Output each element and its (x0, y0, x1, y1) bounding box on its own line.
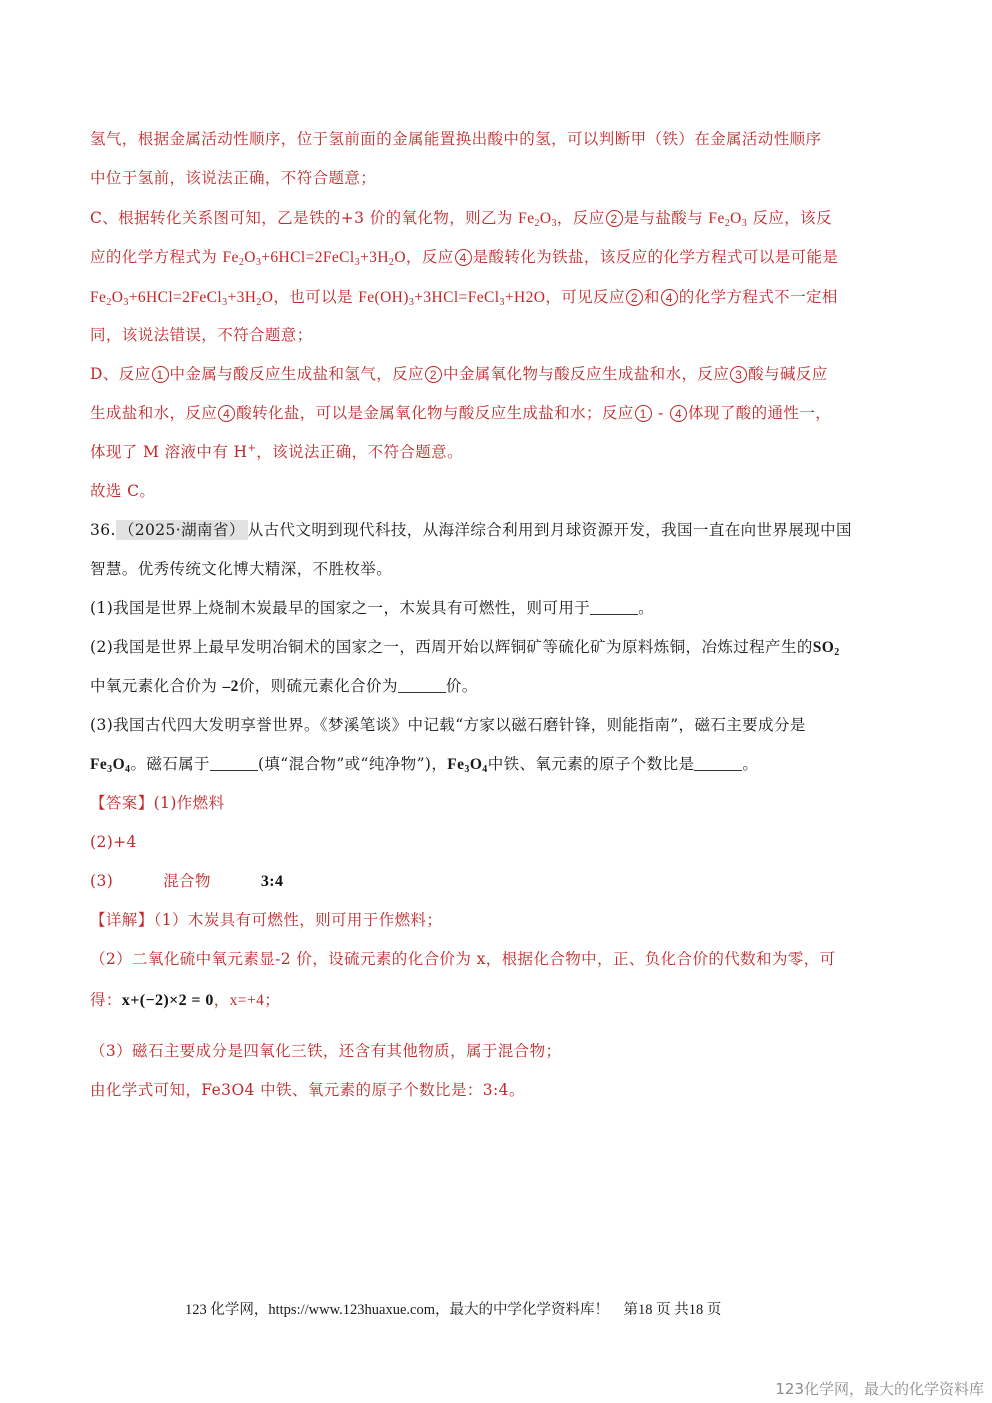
text: ，也可以是 (273, 288, 358, 306)
detail-line-1: 【详解】（1）木炭具有可燃性，则可用于作燃料； (90, 909, 442, 931)
answer-line-3: (3)混合物3:4 (90, 870, 283, 893)
text: 价。 (446, 677, 478, 695)
text: 的化学方程式不一定相 (679, 288, 838, 306)
circled-number-2: 2 (606, 210, 623, 227)
detail-line-3: 得：x+(−2)×2 = 0，x=+4； (90, 989, 280, 1012)
circled-number-4: 4 (661, 289, 678, 306)
question-36-intro-1: 36.（2025·湖南省）从古代文明到现代科技，从海洋综合利用到月球资源开发，我… (90, 519, 852, 541)
detail-label: 【详解】 (90, 911, 154, 929)
equation-1: Fe2O3+6HCl=2FeCl3+3H2O (90, 289, 273, 306)
answer-3-value-2: 3:4 (261, 873, 284, 890)
text: ，该说法正确，不符合题意。 (256, 443, 463, 461)
text: (填“混合物”或“纯净物”)， (258, 755, 447, 773)
equation: x+(−2)×2 = 0 (122, 992, 214, 1009)
option-c-line-2: 应的化学方程式为 Fe2O3+6HCl=2FeCl3+3H2O，反应4是酸转化为… (90, 246, 838, 269)
question-number: 36. (90, 521, 116, 539)
text: 。 (638, 599, 654, 617)
text: C、根据转化关系图可知，乙是铁的+3 价的氧化物，则乙为 (90, 209, 518, 227)
circled-number-2: 2 (425, 366, 442, 383)
answer-blank (398, 678, 446, 693)
text: 应的化学方程式为 (90, 248, 223, 266)
text: 得： (90, 991, 122, 1009)
answer-line-1: 【答案】(1)作燃料 (90, 792, 224, 814)
text: (1)我国是世界上烧制木炭最早的国家之一，木炭具有可燃性，则可用于 (90, 599, 590, 617)
text: ，反应 (406, 248, 454, 266)
text: ， (214, 991, 230, 1009)
text: 中氧元素化合价为 (90, 677, 223, 695)
option-d-line-3: 体现了 M 溶液中有 H+，该说法正确，不符合题意。 (90, 441, 463, 463)
text: （1）木炭具有可燃性，则可用于作燃料； (154, 911, 443, 929)
text: 中金属与酸反应生成盐和氢气，反应 (170, 365, 424, 383)
explanation-line: 中位于氢前，该说法正确，不符合题意； (90, 167, 376, 189)
answer-blank (590, 600, 638, 615)
text: 从古代文明到现代科技，从海洋综合利用到月球资源开发，我国一直在向世界展现中国 (248, 521, 852, 539)
text: D、反应 (90, 365, 151, 383)
answer-blank (694, 756, 742, 771)
question-part-1: (1)我国是世界上烧制木炭最早的国家之一，木炭具有可燃性，则可用于。 (90, 597, 654, 619)
question-part-2-line-2: 中氧元素化合价为 –2价，则硫元素化合价为价。 (90, 675, 478, 698)
watermark: 123化学网，最大的化学资料库 (775, 1378, 984, 1399)
text: 价，则硫元素化合价为 (239, 677, 398, 695)
text: 中铁、氧元素的原子个数比是 (488, 755, 695, 773)
text: (2)我国是世界上最早发明冶铜术的国家之一，西周开始以辉铜矿等硫化矿为原料炼铜，… (90, 638, 813, 656)
page-number: 第18 页 共18 页 (623, 1302, 721, 1318)
option-c-line-1: C、根据转化关系图可知，乙是铁的+3 价的氧化物，则乙为 Fe2O3，反应2是与… (90, 207, 832, 230)
option-c-line-3: Fe2O3+6HCl=2FeCl3+3H2O，也可以是 Fe(OH)3+3HCl… (90, 286, 838, 309)
question-36-intro-2: 智慧。优秀传统文化博大精深，不胜枚举。 (90, 558, 392, 580)
answer-3-number: (3) (90, 872, 113, 890)
formula-so2: SO2 (813, 639, 840, 656)
conclusion: 故选 C。 (90, 480, 155, 502)
question-part-3-line-1: (3)我国古代四大发明享誉世界。《梦溪笔谈》中记载“方家以磁石磨针锋，则能指南”… (90, 714, 806, 736)
text: 生成盐和水，反应 (90, 404, 217, 422)
circled-number-3: 3 (730, 366, 747, 383)
answer-3-value-1: 混合物 (163, 872, 211, 890)
option-c-line-4: 同，该说法错误，不符合题意； (90, 324, 313, 346)
answer-line-2: (2)+4 (90, 831, 137, 853)
option-d-line-2: 生成盐和水，反应4酸转化盐，可以是金属氧化物与酸反应生成盐和水；反应1 - 4体… (90, 402, 831, 424)
text: 酸与碱反应 (748, 365, 828, 383)
circled-number-4: 4 (218, 405, 235, 422)
page-footer: 123 化学网，https://www.123huaxue.com，最大的中学化… (185, 1298, 721, 1319)
explanation-line: 氢气，根据金属活动性顺序，位于氢前面的金属能置换出酸中的氢，可以判断甲（铁）在金… (90, 128, 821, 150)
text: 体现了酸的通性一， (688, 404, 831, 422)
question-part-3-line-2: Fe3O4。磁石属于(填“混合物”或“纯净物”)，Fe3O4中铁、氧元素的原子个… (90, 753, 758, 776)
circled-number-4: 4 (455, 249, 472, 266)
circled-number-4: 4 (670, 405, 687, 422)
text: 反应，该反 (747, 209, 832, 227)
circled-number-1: 1 (152, 366, 169, 383)
text: ，可见反应 (545, 288, 625, 306)
answer-blank (210, 756, 258, 771)
circled-number-2: 2 (626, 289, 643, 306)
text: - (653, 404, 669, 422)
answer-label: 【答案】 (90, 794, 154, 812)
question-part-2-line-1: (2)我国是世界上最早发明冶铜术的国家之一，西周开始以辉铜矿等硫化矿为原料炼铜，… (90, 636, 840, 659)
valence-value: –2 (223, 678, 239, 695)
equation-2: Fe(OH)3+3HCl=FeCl3+H2O (358, 289, 545, 306)
text: 。磁石属于 (130, 755, 210, 773)
text: 是与盐酸与 (624, 209, 709, 227)
text: ，反应 (557, 209, 605, 227)
formula-fe3o4: Fe3O4 (90, 756, 130, 773)
text: x=+4； (230, 992, 280, 1009)
text: 酸转化盐，可以是金属氧化物与酸反应生成盐和水；反应 (236, 404, 634, 422)
text: 中金属氧化物与酸反应生成盐和水，反应 (443, 365, 729, 383)
formula-fe2o3: Fe2O3 (708, 210, 747, 227)
formula-fe2o3: Fe2O3 (518, 210, 557, 227)
footer-text: 123 化学网，https://www.123huaxue.com，最大的中学化… (185, 1302, 609, 1318)
superscript: + (247, 443, 256, 454)
text: 和 (644, 288, 660, 306)
text: 。 (742, 755, 758, 773)
detail-line-2: （2）二氧化硫中氧元素显-2 价，设硫元素的化合价为 x，根据化合物中，正、负化… (90, 948, 836, 970)
answer-1: (1)作燃料 (154, 794, 225, 812)
source-tag: （2025·湖南省） (116, 520, 248, 540)
equation-1: Fe2O3+6HCl=2FeCl3+3H2O (223, 249, 406, 266)
detail-line-5: 由化学式可知，Fe3O4 中铁、氧元素的原子个数比是：3:4。 (90, 1079, 525, 1101)
document-page: 氢气，根据金属活动性顺序，位于氢前面的金属能置换出酸中的氢，可以判断甲（铁）在金… (0, 0, 992, 1403)
circled-number-1: 1 (635, 405, 652, 422)
text: 是酸转化为铁盐，该反应的化学方程式可以是可能是 (473, 248, 839, 266)
option-d-line-1: D、反应1中金属与酸反应生成盐和氢气，反应2中金属氧化物与酸反应生成盐和水，反应… (90, 363, 828, 385)
formula-fe3o4: Fe3O4 (447, 756, 487, 773)
detail-line-4: （3）磁石主要成分是四氧化三铁，还含有其他物质，属于混合物； (90, 1040, 561, 1062)
text: 体现了 M 溶液中有 H (90, 443, 247, 461)
